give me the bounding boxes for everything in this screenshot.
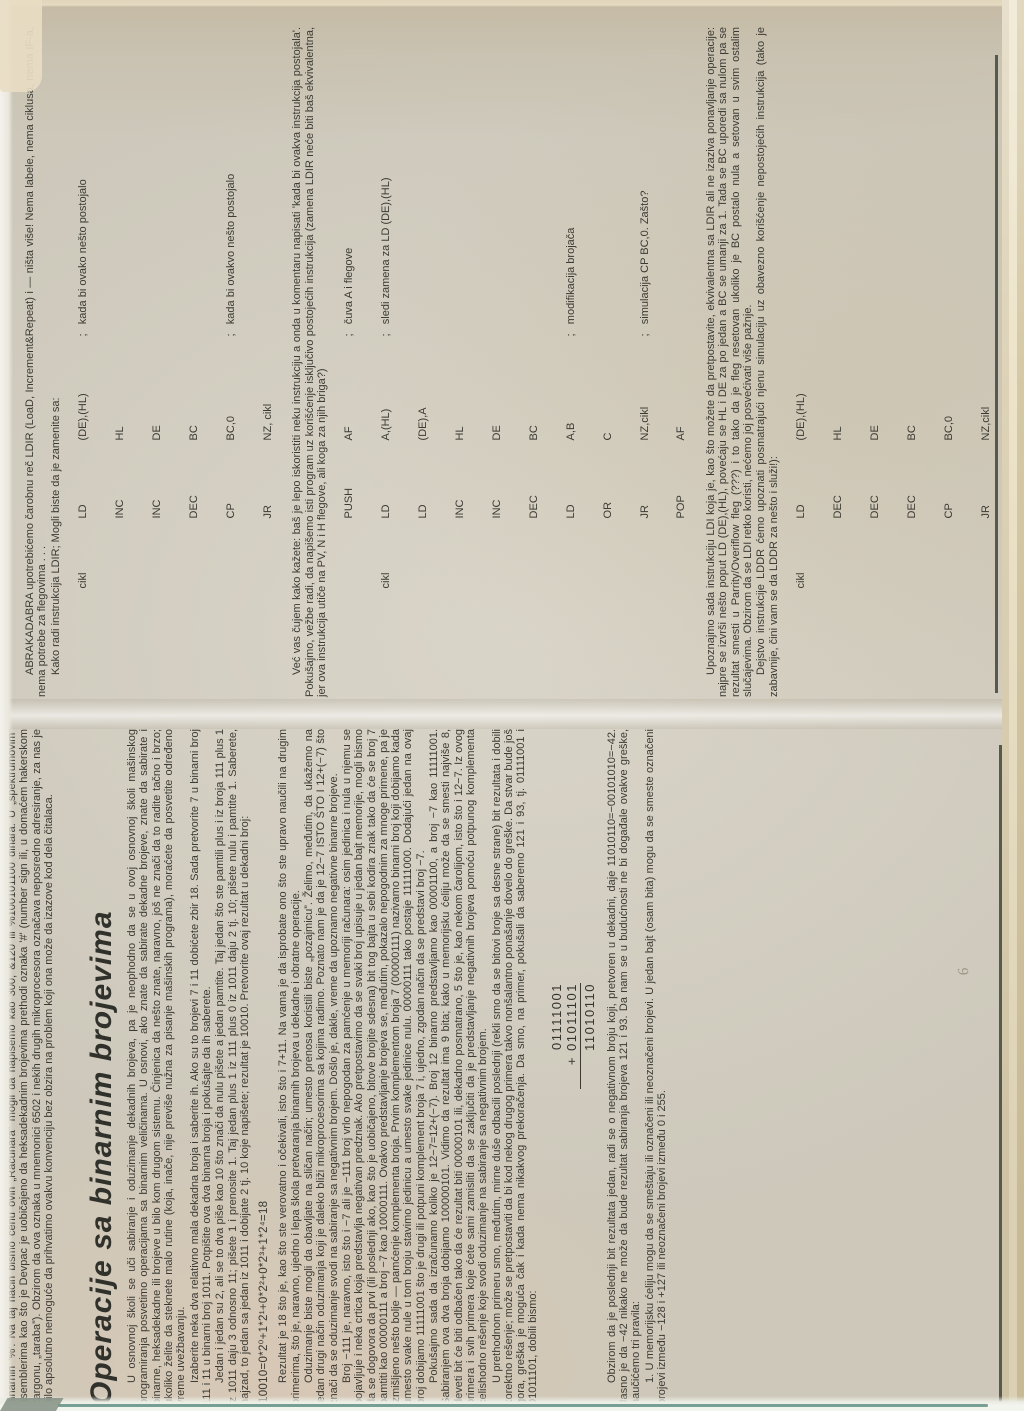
code-label: cikl: [77, 518, 89, 588]
code-mnemonic: LD: [417, 440, 429, 518]
code-mnemonic: CP: [943, 440, 955, 518]
code-comment: ; simulacija CP BC,0. Zašto?: [639, 191, 651, 337]
code-comment: ; modifikacija brojača: [565, 228, 577, 337]
code-listing-lddr-simulation: ciklLD(DE),(HL) DECHL DECDE DECBC CPBC,0…: [783, 27, 1004, 697]
code-mnemonic: INC: [491, 440, 503, 518]
code-mnemonic: DEC: [528, 440, 540, 518]
addition-operand-1: 01111001: [549, 983, 564, 1089]
code-mnemonic: INC: [151, 440, 163, 518]
paragraph: Obzirom da je poslednji bit rezultata je…: [606, 729, 643, 1405]
rotated-page-spread: binarnih '%'. Na taj način bismo cenu ov…: [0, 0, 1024, 1411]
folio-page-number: 27: [1001, 360, 1021, 380]
code-mnemonic: JR: [639, 440, 651, 518]
paragraph: 1. U memorijsku ćeliju mogu da se smešta…: [644, 729, 669, 1405]
code-row: DECBC: [176, 27, 213, 697]
code-label: cikl: [795, 518, 807, 588]
paragraph: Već vas čujem kako kažete: baš je lepo i…: [291, 27, 328, 697]
code-row: DECDE: [857, 27, 894, 697]
code-mnemonic: DEC: [869, 440, 881, 518]
footer-rule-right-page: [995, 55, 998, 693]
code-operand: (DE),(HL): [795, 336, 807, 440]
code-comment: ; kada bi ovakvo nešto postojalo: [225, 174, 237, 337]
code-row: PUSHAF; čuva A i flegove: [331, 27, 368, 697]
code-operand: BC: [528, 336, 540, 440]
code-operand: BC: [906, 336, 918, 440]
binary-addition-example: 01111001 + 01011101 11010110: [549, 983, 597, 1089]
paragraph: Jedan i jedan su 2, ali se to dva piše k…: [214, 729, 251, 1405]
code-listing-ldir-simulation: PUSHAF; čuva A i flegove ciklLDA,(HL); s…: [331, 27, 700, 697]
code-operand: (DE),A: [417, 336, 429, 440]
code-row: DECBC: [893, 27, 930, 697]
addition-operand-2: + 01011101: [564, 983, 579, 1089]
code-row: INCDE: [139, 27, 176, 697]
body-block-1: U osnovnoj školi se uči sabiranje i oduz…: [126, 729, 251, 1405]
code-comment: ; čuva A i flegove: [343, 248, 355, 337]
paragraph: U prethodnom primeru smo, međutim, mirne…: [491, 729, 540, 1405]
code-operand: HL: [114, 336, 126, 440]
code-row: JRNZ, cikl: [249, 27, 286, 697]
footer-rule-left-page: [999, 745, 1002, 1405]
code-operand: BC,0: [943, 336, 955, 440]
code-mnemonic: PUSH: [343, 440, 355, 518]
code-comment: ; kada bi ovako nešto postojalo: [77, 179, 89, 336]
code-operand: A,(HL): [380, 336, 392, 440]
code-row: ciklLD(DE),(HL); kada bi ovako nešto pos…: [65, 27, 102, 697]
code-row: DECHL: [820, 27, 857, 697]
code-operand: DE: [869, 336, 881, 440]
code-operand: AF: [675, 336, 687, 440]
code-row: ORC: [589, 27, 626, 697]
code-mnemonic: LD: [380, 440, 392, 518]
code-mnemonic: CP: [225, 440, 237, 518]
code-operand: NZ,cikl: [639, 336, 651, 440]
binary-formula: 10010=0*2⁰+1*2¹+0*2²+0*2³+1*2⁴=18: [258, 729, 270, 1405]
code-mnemonic: OR: [602, 440, 614, 518]
code-operand: NZ,cikl: [980, 336, 992, 440]
code-mnemonic: DEC: [832, 440, 844, 518]
code-mnemonic: POP: [675, 440, 687, 518]
continued-paragraph: binarnih '%'. Na taj način bismo cenu ov…: [6, 729, 55, 1405]
code-row: INCHL: [442, 27, 479, 697]
article-title: Operacije sa binarnim brojevima: [85, 729, 119, 1405]
code-operand: AF: [343, 336, 355, 440]
code-row: CPBC,0: [930, 27, 967, 697]
scanned-magazine-spread: binarnih '%'. Na taj način bismo cenu ov…: [0, 0, 1024, 1411]
code-mnemonic: LD: [565, 440, 577, 518]
paragraph: Izaberite neka dva relativno mala dekadn…: [189, 729, 214, 1405]
code-row: JRNZ,cikl: [967, 27, 1004, 697]
code-operand: HL: [832, 336, 844, 440]
pencil-stray-mark: 6: [955, 966, 973, 977]
code-operand: BC: [188, 336, 200, 440]
code-mnemonic: LD: [77, 440, 89, 518]
code-row: POPAF: [663, 27, 700, 697]
paragraph: Upoznajmo sada instrukciju LDI koja je, …: [705, 27, 754, 697]
code-row: INCDE: [479, 27, 516, 697]
code-row: JRNZ,cikl; simulacija CP BC,0. Zašto?: [626, 27, 663, 697]
code-row: ciklLDA,(HL); sledi zamena za LD (DE),(H…: [368, 27, 405, 697]
code-operand: (DE),(HL): [77, 336, 89, 440]
code-operand: NZ, cikl: [262, 336, 274, 440]
code-operand: DE: [151, 336, 163, 440]
center-fold-crease: [0, 699, 1024, 729]
left-page-column: binarnih '%'. Na taj način bismo cenu ov…: [6, 729, 669, 1405]
paragraph: Kako radi instrukcija LDIR; Mogli biste …: [50, 27, 62, 697]
paragraph: Pokušajmo sada da izračunamo koliko je 1…: [428, 729, 489, 1405]
code-mnemonic: JR: [980, 440, 992, 518]
code-row: CPBC,0; kada bi ovakvo nešto postojalo: [212, 27, 249, 697]
code-mnemonic: INC: [454, 440, 466, 518]
code-operand: C: [602, 336, 614, 440]
paragraph: Broj −111 je, naravno, isto što i −7 ali…: [341, 729, 427, 1405]
code-row: INCHL: [102, 27, 139, 697]
code-operand: A,B: [565, 336, 577, 440]
paragraph: Dejstvo instrukcije LDDR ćemo upoznati p…: [755, 27, 780, 697]
code-mnemonic: LD: [795, 440, 807, 518]
code-label: cikl: [380, 518, 392, 588]
paragraph: ABRAKADABRA upotrebićemo čarobnu reč LDI…: [24, 27, 49, 697]
code-operand: HL: [454, 336, 466, 440]
paragraph: U osnovnoj školi se uči sabiranje i oduz…: [126, 729, 187, 1405]
paragraph: Oduzimanje biste mogli da obavljate na s…: [303, 729, 340, 1405]
code-operand: BC,0: [225, 336, 237, 440]
code-row: LD(DE),A: [405, 27, 442, 697]
code-row: LDA,B; modifikacija brojača: [552, 27, 589, 697]
code-row: ciklLD(DE),(HL): [783, 27, 820, 697]
addition-result: 11010110: [580, 983, 597, 1089]
code-comment: ; sledi zamena za LD (DE),(HL): [380, 178, 392, 337]
right-page-column: ABRAKADABRA upotrebićemo čarobnu reč LDI…: [24, 27, 1024, 697]
code-mnemonic: INC: [114, 440, 126, 518]
paragraph: Rezultat je 18 što je, kao što ste verov…: [277, 729, 302, 1405]
code-mnemonic: DEC: [906, 440, 918, 518]
code-operand: DE: [491, 336, 503, 440]
code-mnemonic: JR: [262, 440, 274, 518]
code-mnemonic: DEC: [188, 440, 200, 518]
body-block-2: Rezultat je 18 što je, kao što ste verov…: [277, 729, 539, 1405]
body-block-3: Obzirom da je poslednji bit rezultata je…: [606, 729, 668, 1405]
code-listing-ldir-replacement: ciklLD(DE),(HL); kada bi ovako nešto pos…: [65, 27, 286, 697]
code-row: DECBC: [516, 27, 553, 697]
